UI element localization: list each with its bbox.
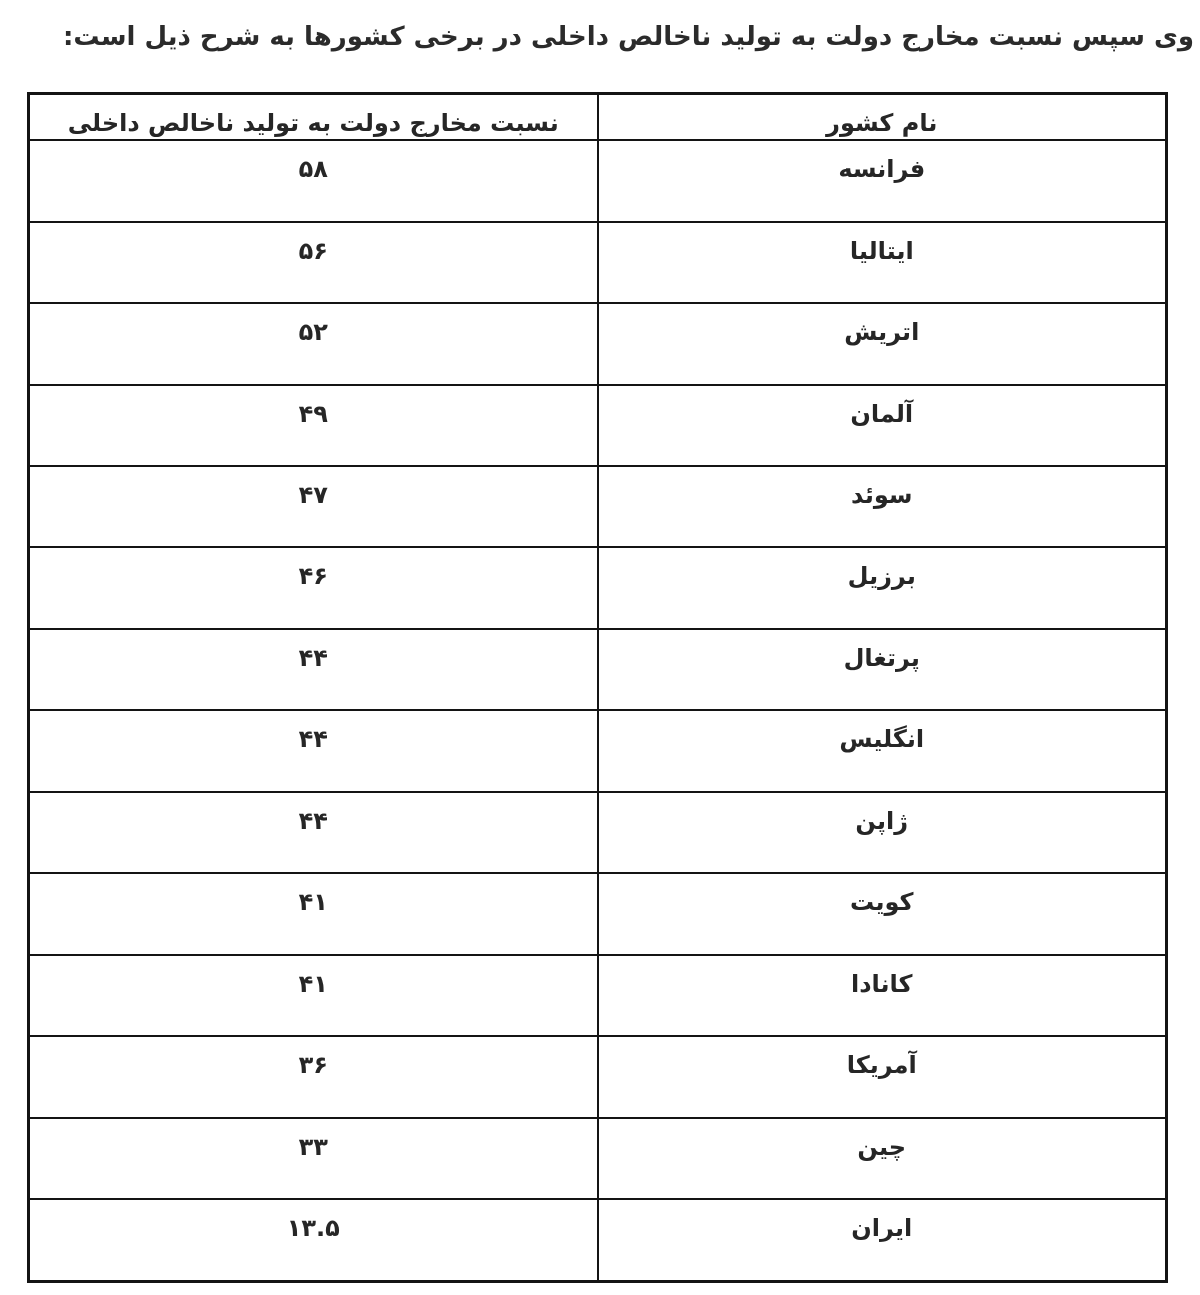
ratio-cell: ۴۷ xyxy=(29,466,598,547)
ratio-cell: ۴۹ xyxy=(29,385,598,466)
country-cell: برزیل xyxy=(598,547,1167,628)
header-row: نام کشور نسبت مخارج دولت به تولید ناخالص… xyxy=(29,94,1167,141)
table-row: برزیل۴۶ xyxy=(29,547,1167,628)
gdp-ratio-table: نام کشور نسبت مخارج دولت به تولید ناخالص… xyxy=(27,92,1168,1283)
table-row: فرانسه۵۸ xyxy=(29,140,1167,221)
ratio-cell: ۴۱ xyxy=(29,955,598,1036)
country-cell: ایتالیا xyxy=(598,222,1167,303)
document-page: { "page": { "background": "#ffffff", "te… xyxy=(0,0,1200,1295)
ratio-cell: ۴۴ xyxy=(29,629,598,710)
table-row: اتریش۵۲ xyxy=(29,303,1167,384)
table-head: نام کشور نسبت مخارج دولت به تولید ناخالص… xyxy=(29,94,1167,141)
table-row: ایران۱۳.۵ xyxy=(29,1199,1167,1281)
table-row: چین۳۳ xyxy=(29,1118,1167,1199)
ratio-cell: ۱۳.۵ xyxy=(29,1199,598,1281)
table-row: سوئد۴۷ xyxy=(29,466,1167,547)
ratio-cell: ۴۴ xyxy=(29,710,598,791)
country-cell: پرتغال xyxy=(598,629,1167,710)
country-cell: آمریکا xyxy=(598,1036,1167,1117)
table-row: ژاپن۴۴ xyxy=(29,792,1167,873)
country-cell: آلمان xyxy=(598,385,1167,466)
country-column-header: نام کشور xyxy=(598,94,1167,141)
country-cell: سوئد xyxy=(598,466,1167,547)
ratio-cell: ۵۲ xyxy=(29,303,598,384)
country-cell: چین xyxy=(598,1118,1167,1199)
ratio-cell: ۵۶ xyxy=(29,222,598,303)
table-row: پرتغال۴۴ xyxy=(29,629,1167,710)
ratio-column-header: نسبت مخارج دولت به تولید ناخالص داخلی xyxy=(29,94,598,141)
ratio-cell: ۴۱ xyxy=(29,873,598,954)
country-cell: ایران xyxy=(598,1199,1167,1281)
table-row: آمریکا۳۶ xyxy=(29,1036,1167,1117)
table-row: کویت۴۱ xyxy=(29,873,1167,954)
table-row: کانادا۴۱ xyxy=(29,955,1167,1036)
country-cell: ژاپن xyxy=(598,792,1167,873)
ratio-cell: ۳۳ xyxy=(29,1118,598,1199)
ratio-cell: ۴۴ xyxy=(29,792,598,873)
country-cell: اتریش xyxy=(598,303,1167,384)
table-body: فرانسه۵۸ایتالیا۵۶اتریش۵۲آلمان۴۹سوئد۴۷برز… xyxy=(29,140,1167,1281)
ratio-cell: ۴۶ xyxy=(29,547,598,628)
table-row: آلمان۴۹ xyxy=(29,385,1167,466)
table-row: انگلیس۴۴ xyxy=(29,710,1167,791)
table-row: ایتالیا۵۶ xyxy=(29,222,1167,303)
ratio-cell: ۳۶ xyxy=(29,1036,598,1117)
country-cell: کویت xyxy=(598,873,1167,954)
country-cell: کانادا xyxy=(598,955,1167,1036)
intro-text: وی سپس نسبت مخارج دولت به تولید ناخالص د… xyxy=(63,22,1194,52)
ratio-cell: ۵۸ xyxy=(29,140,598,221)
country-cell: فرانسه xyxy=(598,140,1167,221)
country-cell: انگلیس xyxy=(598,710,1167,791)
